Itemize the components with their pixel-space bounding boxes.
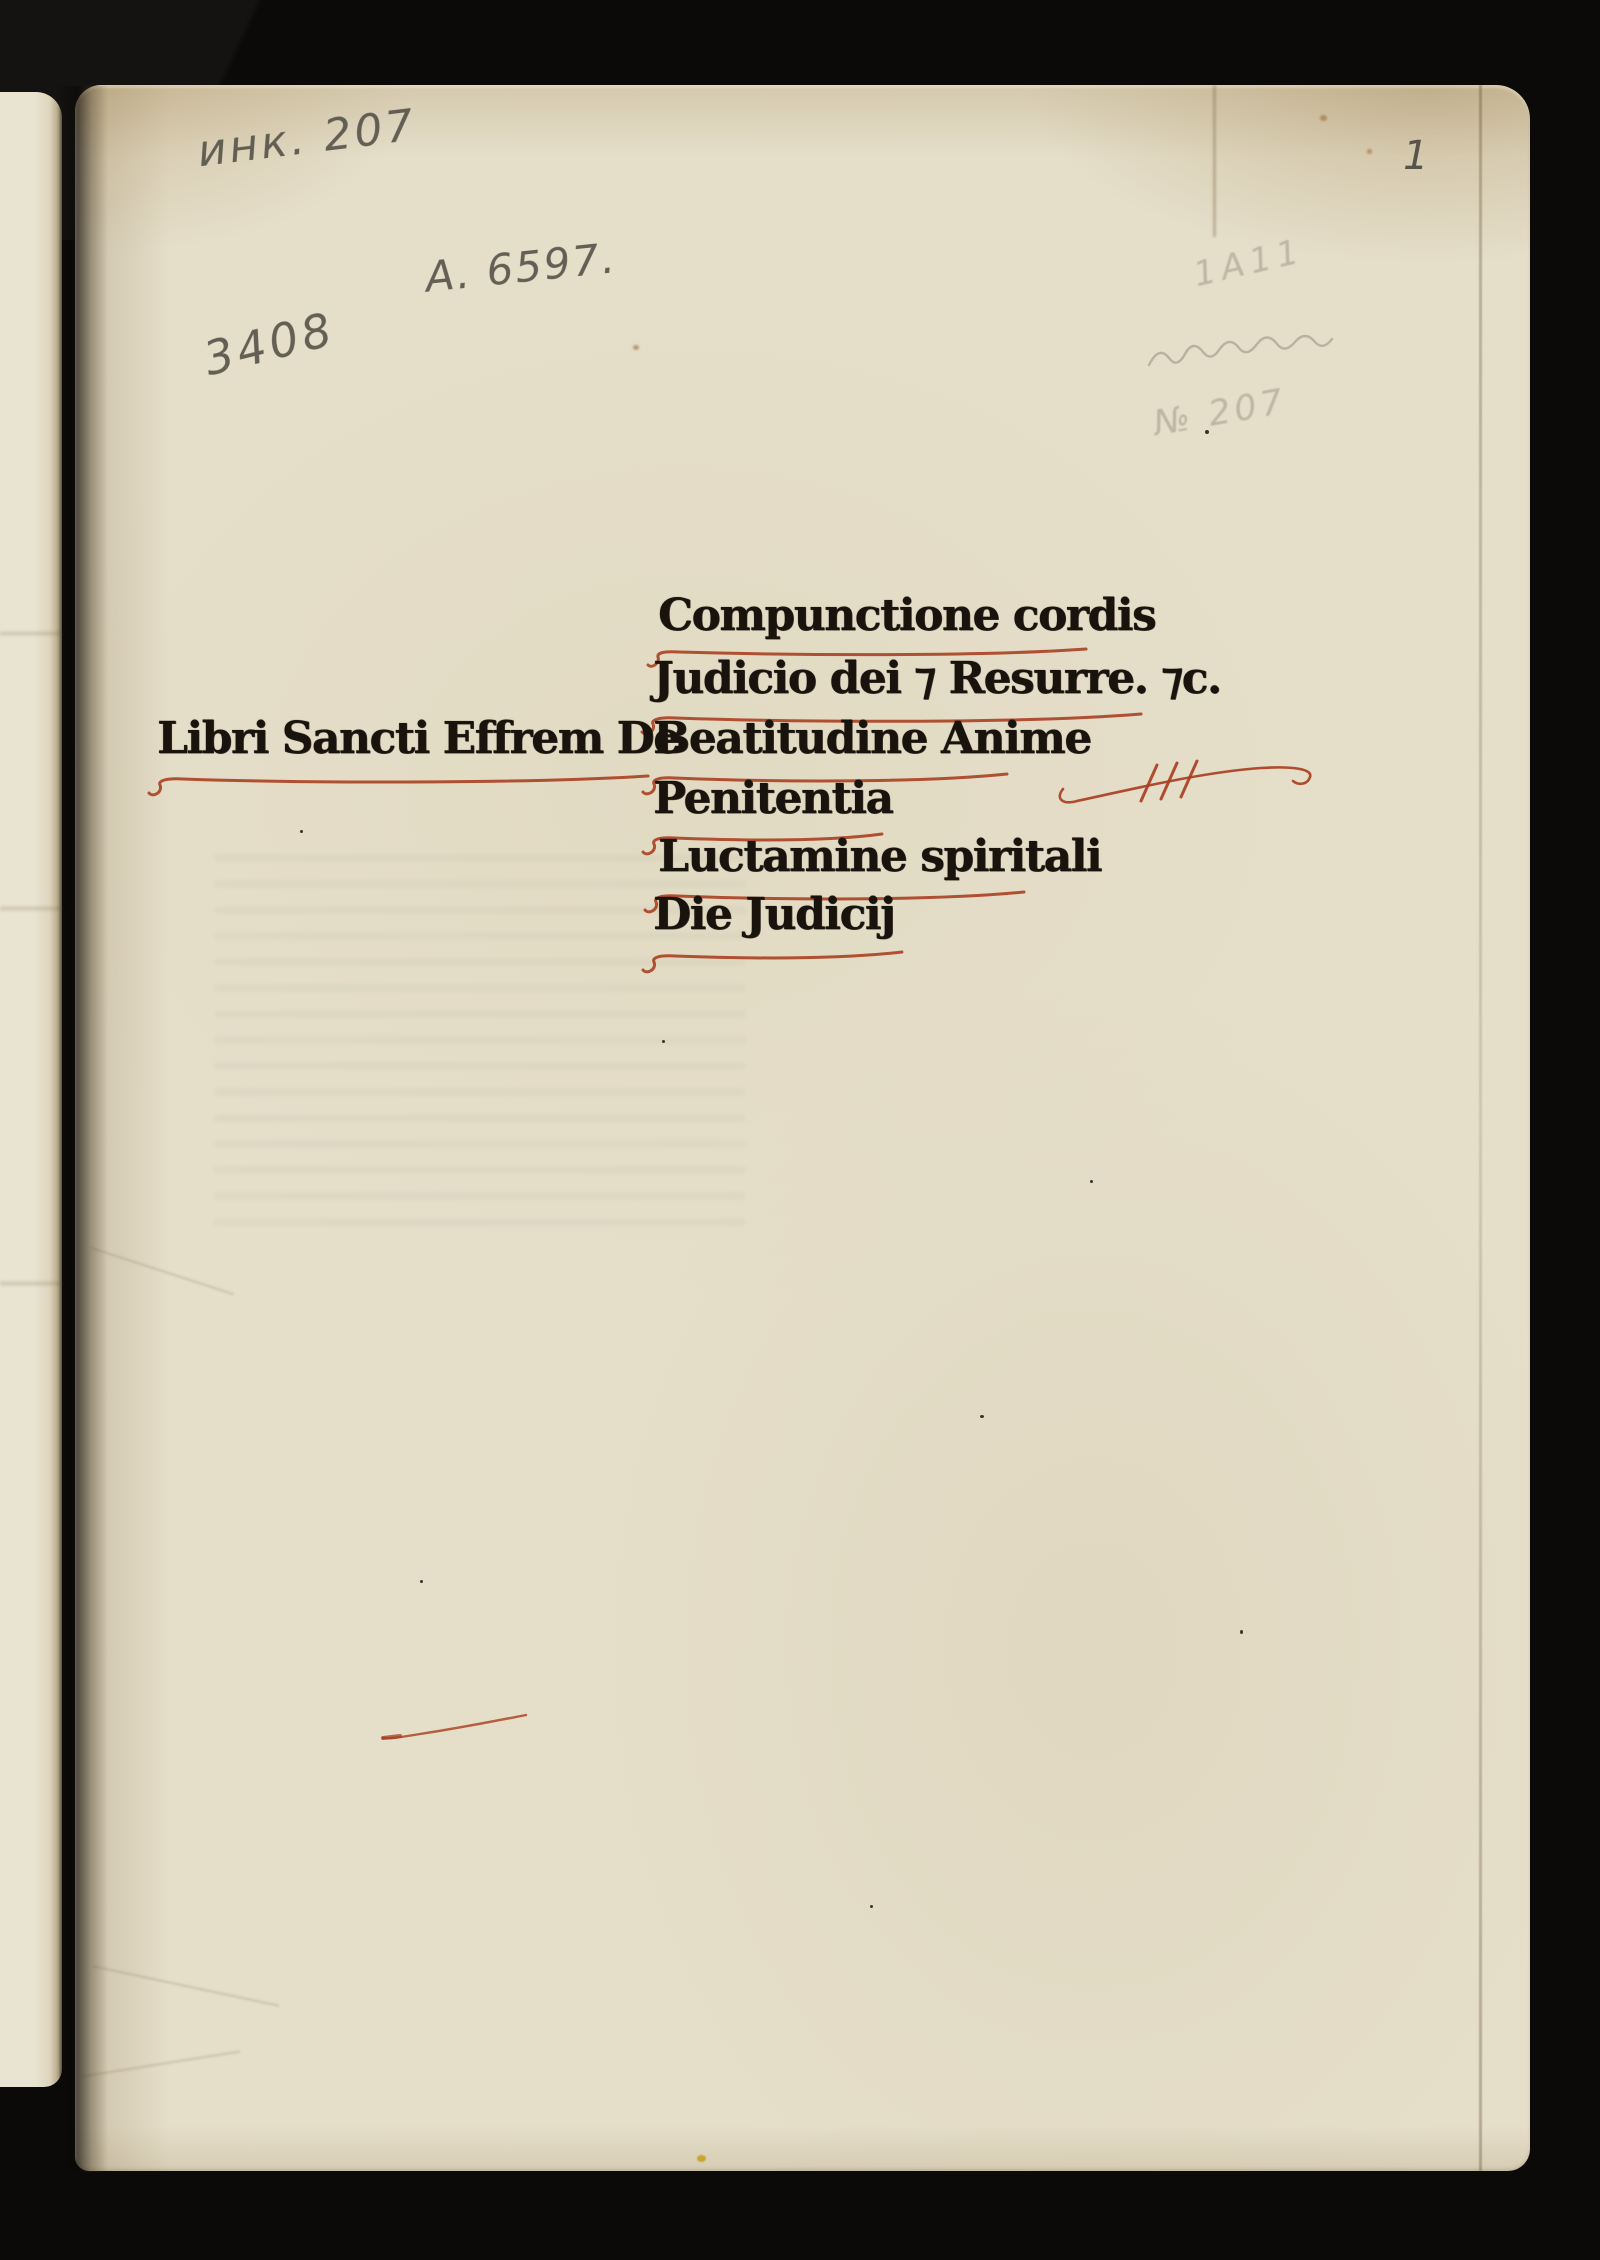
paper-speck (1205, 430, 1209, 434)
paper-crease (0, 1282, 62, 1285)
paper-crease (1213, 85, 1216, 237)
yellow-stain (697, 2155, 706, 2162)
recto-page: инк. 207 А. 6597. 3408 1А11 № 207 1 Comp… (75, 85, 1530, 2171)
red-pen-stroke (380, 1710, 530, 1744)
paper-crease (0, 907, 62, 910)
title-line-beatitudine: Beatitudine Anime (653, 713, 1091, 764)
title-line-compunctione: Compunctione cordis (658, 590, 1155, 641)
inventory-pencil-note: А. 6597. (423, 233, 619, 302)
facing-page-edge (0, 92, 62, 2087)
rubric-tally-mark (1053, 753, 1323, 817)
paper-speck (300, 830, 303, 833)
title-prefix-libri-sancti-effrem: Libri Sancti Effrem De (157, 713, 680, 764)
scanned-book-page: инк. 207 А. 6597. 3408 1А11 № 207 1 Comp… (0, 0, 1600, 2260)
paper-speck (1090, 1180, 1093, 1183)
red-underline (641, 945, 906, 981)
paper-wrinkle (93, 1965, 279, 2006)
paper-speck (870, 1905, 873, 1908)
title-line-luctamine: Luctamine spiritali (658, 831, 1101, 882)
paper-speck (662, 1040, 665, 1043)
faint-cursive-scribble (1143, 323, 1358, 385)
gutter-shadow (56, 86, 108, 2172)
rust-stain (633, 345, 639, 350)
fore-edge-boundary (1479, 85, 1482, 2171)
title-line-penitentia: Penitentia (653, 773, 892, 824)
folio-number: 1 (1403, 133, 1428, 179)
title-line-judicio: Judicio dei ⁊ Resurre. ⁊c. (653, 653, 1221, 704)
faint-pencil-number: № 207 (1151, 382, 1290, 445)
paper-speck (980, 1415, 984, 1418)
rust-stain (1367, 149, 1372, 154)
fore-edge-page-block (1478, 85, 1530, 2171)
faint-pencil-line: 1А11 (1190, 231, 1308, 295)
red-underline (147, 767, 652, 803)
paper-speck (1240, 1630, 1243, 1634)
rust-stain (1320, 115, 1327, 121)
paper-speck (420, 1580, 423, 1583)
shelfmark-pencil-note: инк. 207 (195, 100, 419, 177)
accession-pencil-number: 3408 (198, 302, 340, 387)
title-line-die-judicij: Die Judicij (653, 889, 894, 940)
paper-wrinkle (90, 1247, 233, 1295)
paper-crease (0, 632, 62, 635)
